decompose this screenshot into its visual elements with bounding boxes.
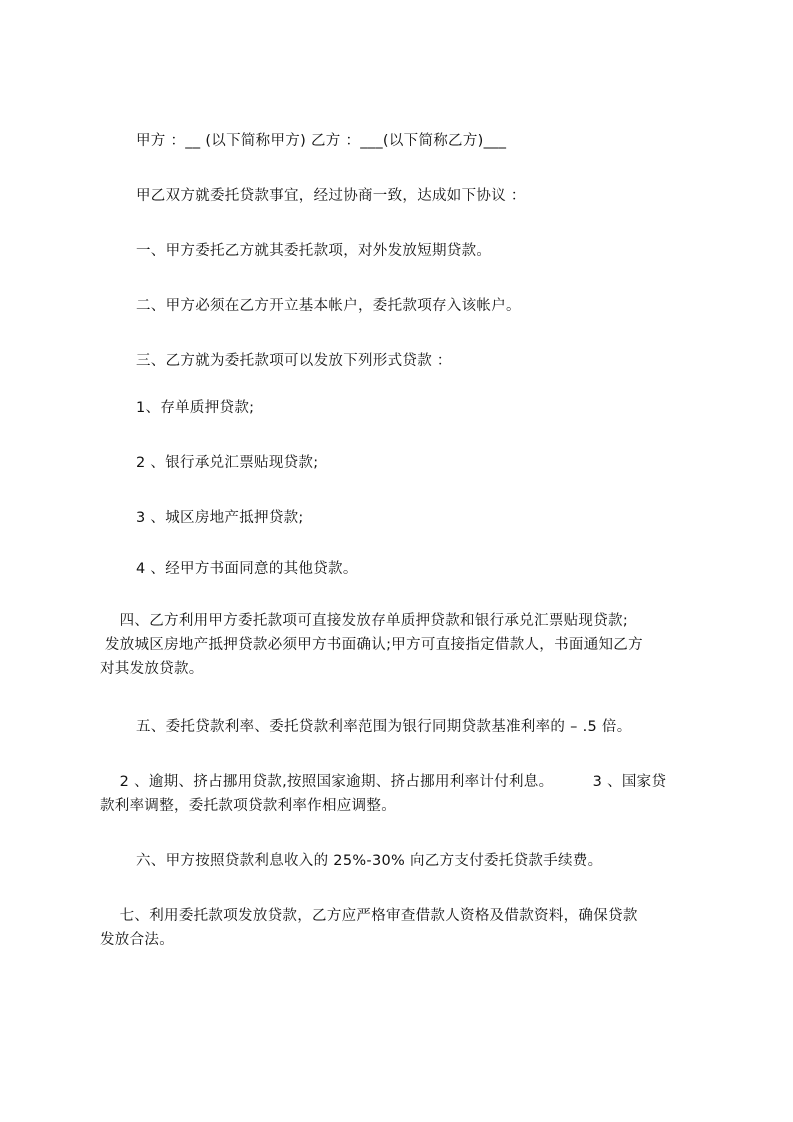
clause-5-sub: 2 、逾期、挤占挪用贷款,按照国家逾期、挤占挪用利率计付利息。 3 、国家贷 款…	[100, 770, 712, 818]
clause-4: 四、乙方利用甲方委托款项可直接发放存单质押贷款和银行承兑汇票贴现贷款; 发放城区…	[100, 609, 712, 681]
loan-type-2: 2 、银行承兑汇票贴现贷款;	[136, 451, 318, 475]
clause-1: 一、甲方委托乙方就其委托款项，对外发放短期贷款。	[136, 239, 491, 263]
intro-paragraph: 甲乙双方就委托贷款事宜，经过协商一致，达成如下协议 ：	[136, 184, 526, 208]
loan-type-1: 1、存单质押贷款;	[136, 396, 254, 420]
clause-4-line-2: 发放城区房地产抵押贷款必须甲方书面确认;甲方可直接指定借款人，书面通知乙方	[100, 633, 712, 657]
clause-7-line-2: 发放合法。	[100, 928, 712, 952]
clause-5-sub-line-1: 2 、逾期、挤占挪用贷款,按照国家逾期、挤占挪用利率计付利息。 3 、国家贷	[100, 770, 712, 794]
clause-5: 五、委托贷款利率、委托贷款利率范围为银行同期贷款基准利率的 – .5 倍。	[136, 715, 632, 739]
loan-type-3: 3 、城区房地产抵押贷款;	[136, 506, 304, 530]
parties-line: 甲方 ：__ (以下简称甲方) 乙方 ：___(以下简称乙方)___	[136, 129, 506, 153]
clause-5-sub-line-2: 款利率调整，委托款项贷款利率作相应调整。	[100, 794, 712, 818]
clause-7-line-1: 七、利用委托款项发放贷款，乙方应严格审查借款人资格及借款资料，确保贷款	[100, 904, 712, 928]
clause-2: 二、甲方必须在乙方开立基本帐户，委托款项存入该帐户。	[136, 294, 521, 318]
clause-4-line-1: 四、乙方利用甲方委托款项可直接发放存单质押贷款和银行承兑汇票贴现贷款;	[100, 609, 712, 633]
clause-7: 七、利用委托款项发放贷款，乙方应严格审查借款人资格及借款资料，确保贷款 发放合法…	[100, 904, 712, 952]
clause-4-line-3: 对其发放贷款。	[100, 657, 712, 681]
loan-type-4: 4 、经甲方书面同意的其他贷款。	[136, 557, 358, 581]
clause-6: 六、甲方按照贷款利息收入的 25%-30% 向乙方支付委托贷款手续费。	[136, 849, 602, 873]
clause-3: 三、乙方就为委托款项可以发放下列形式贷款 ：	[136, 349, 452, 373]
